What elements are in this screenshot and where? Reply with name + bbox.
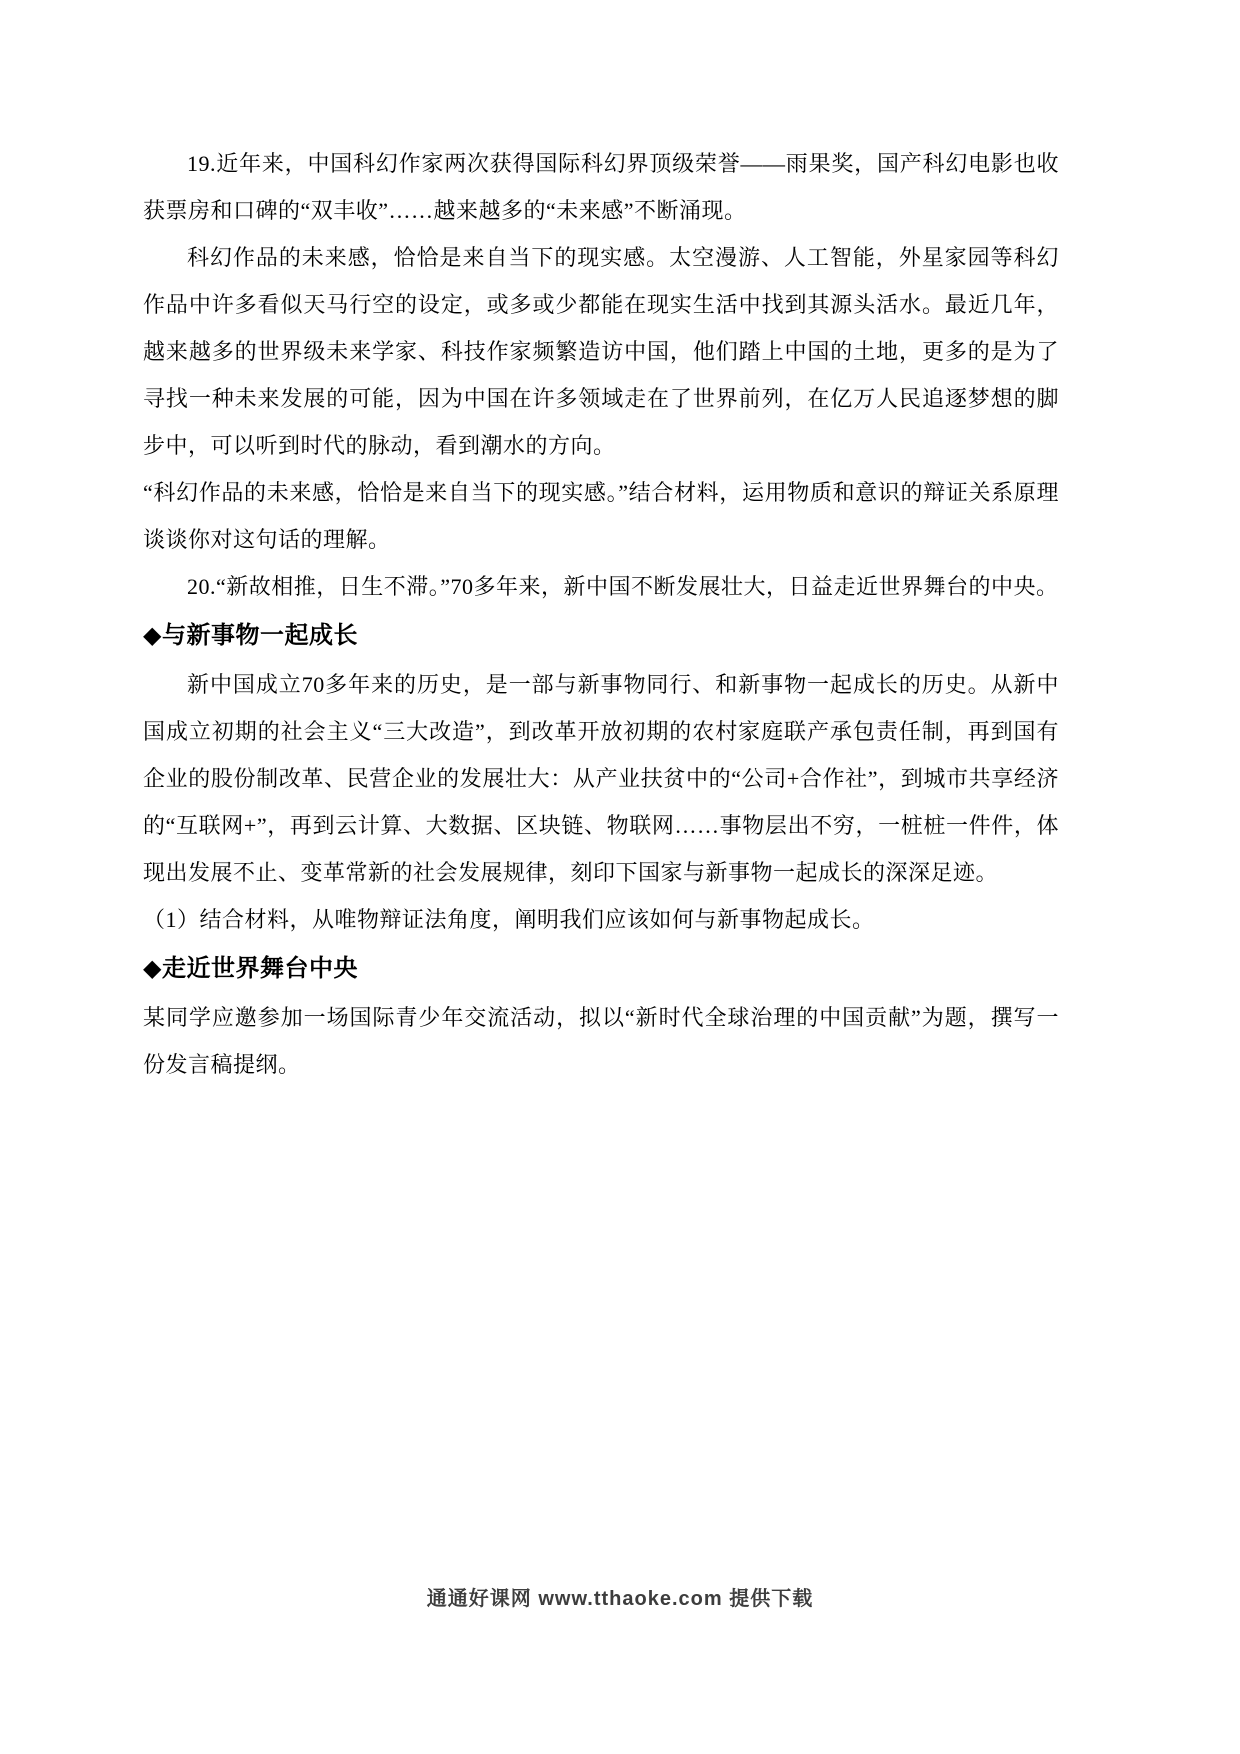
paragraph-question-19-intro: 19.近年来，中国科幻作家两次获得国际科幻界顶级荣誉——雨果奖，国产科幻电影也收… — [143, 140, 1059, 234]
document-body: 19.近年来，中国科幻作家两次获得国际科幻界顶级荣誉——雨果奖，国产科幻电影也收… — [143, 140, 1059, 1088]
footer-watermark-text: 通通好课网 www.tthaoke.com 提供下载 — [0, 1582, 1240, 1611]
paragraph-question-20-material-stage: 某同学应邀参加一场国际青少年交流活动，拟以“新时代全球治理的中国贡献”为题，撰写… — [143, 994, 1059, 1088]
paragraph-question-19-material: 科幻作品的未来感，恰恰是来自当下的现实感。太空漫游、人工智能，外星家园等科幻作品… — [143, 234, 1059, 469]
paragraph-question-20-task-1: （1）结合材料，从唯物辩证法角度，阐明我们应该如何与新事物起成长。 — [143, 896, 1059, 943]
paragraph-question-20-intro: 20.“新故相推，日生不滞。”70多年来，新中国不断发展壮大，日益走近世界舞台的… — [143, 563, 1059, 610]
paragraph-question-20-material-grow: 新中国成立70多年来的历史，是一部与新事物同行、和新事物一起成长的历史。从新中国… — [143, 661, 1059, 896]
heading-world-stage-center: ◆走近世界舞台中央 — [143, 945, 1059, 992]
paragraph-question-19-task: “科幻作品的未来感，恰恰是来自当下的现实感。”结合材料，运用物质和意识的辩证关系… — [143, 469, 1059, 563]
heading-grow-with-new-things: ◆与新事物一起成长 — [143, 612, 1059, 659]
document-page: 19.近年来，中国科幻作家两次获得国际科幻界顶级荣誉——雨果奖，国产科幻电影也收… — [0, 0, 1240, 1754]
